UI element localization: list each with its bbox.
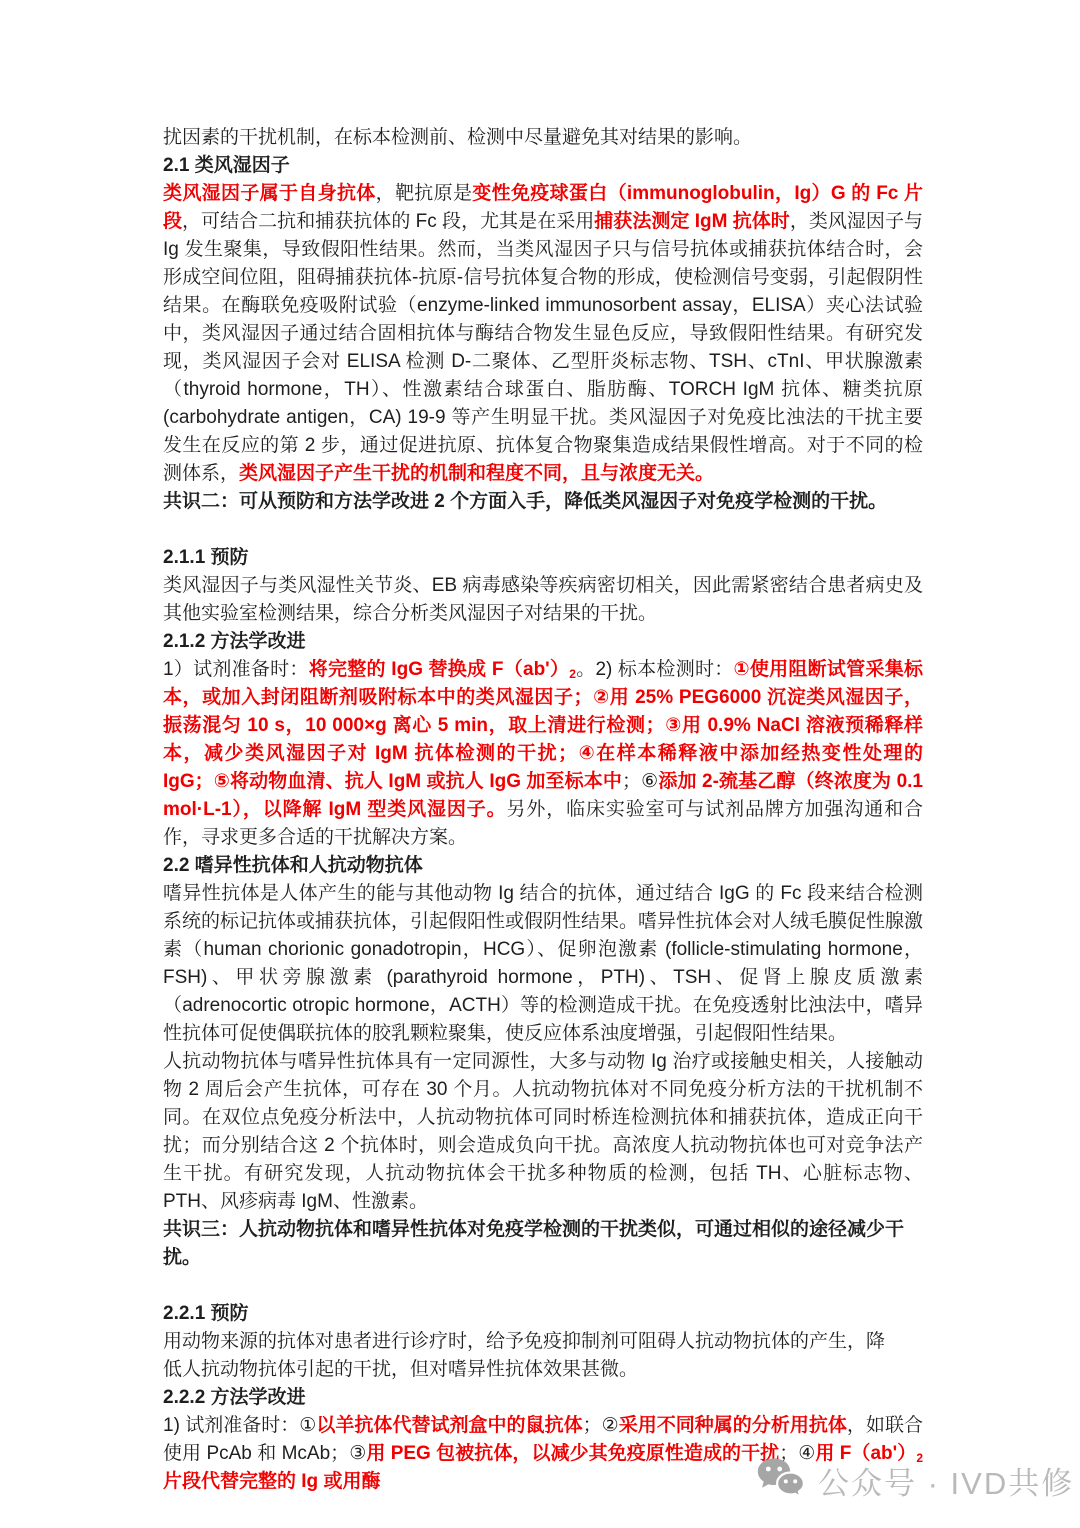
text-run: ，靶抗原是 — [376, 183, 473, 204]
text-run: 低人抗动物抗体引起的干扰，但对嗜异性抗体效果甚微。 — [163, 1359, 638, 1380]
consensus-statement-3: 共识三：人抗动物抗体和嗜异性抗体对免疫学检测的干扰类似，可通过相似的途径减少干扰… — [163, 1216, 923, 1272]
text-run: 2.2 嗜异性抗体和人抗动物抗体 — [163, 855, 423, 876]
document-page: 扰因素的干扰机制，在标本检测前、检测中尽量避免其对结果的影响。2.1 类风湿因子… — [0, 0, 1080, 1528]
watermark: 公众号 · IVD共修 — [756, 1454, 1074, 1506]
paragraph-gap — [163, 1272, 923, 1300]
text-run: 用 PEG 包被抗体，以减少其免疫原性造成的干扰 — [366, 1443, 779, 1464]
text-run: 。2) 标本检测时： — [576, 659, 734, 680]
text-run: 1）试剂准备时： — [163, 659, 309, 680]
text-run: 2.2.2 方法学改进 — [163, 1387, 306, 1408]
paragraph-human-anti-animal-antibody: 人抗动物抗体与嗜异性抗体具有一定同源性，大多与动物 Ig 治疗或接触史相关，人接… — [163, 1048, 923, 1216]
paragraph-gap — [163, 516, 923, 544]
text-run: 用动物来源的抗体对患者进行诊疗时，给予免疫抑制剂可阻碍人抗动物抗体的产生，降 — [163, 1331, 885, 1352]
text-run: 类风湿因子产生干扰的机制和程度不同，且与浓度无关。 — [239, 463, 714, 484]
section-heading-2-2-2: 2.2.2 方法学改进 — [163, 1384, 923, 1412]
text-run: 共识三：人抗动物抗体和嗜异性抗体对免疫学检测的干扰类似，可通过相似的途径减少干扰… — [163, 1219, 904, 1268]
section-heading-2-2-1: 2.2.1 预防 — [163, 1300, 923, 1328]
paragraph-methodology-rf: 1）试剂准备时：将完整的 IgG 替换成 F（ab'）2。2) 标本检测时：①使… — [163, 656, 923, 852]
text-run: 共识二：可从预防和方法学改进 2 个方面入手，降低类风湿因子对免疫学检测的干扰。 — [163, 491, 887, 512]
text-run: 2.2.1 预防 — [163, 1303, 249, 1324]
text-run: ，可结合二抗和捕获抗体的 Fc 段，尤其是在采用 — [182, 211, 594, 232]
section-heading-2-1-1: 2.1.1 预防 — [163, 544, 923, 572]
text-run: 以羊抗体代替试剂盒中的鼠抗体 — [316, 1415, 582, 1436]
text-run: 将完整的 IgG 替换成 F（ab'） — [309, 659, 570, 680]
text-run: 采用不同种属的分析用抗体 — [619, 1415, 847, 1436]
paragraph-heterophilic-antibody: 嗜异性抗体是人体产生的能与其他动物 Ig 结合的抗体，通过结合 IgG 的 Fc… — [163, 880, 923, 1048]
text-run: 捕获法测定 IgM 抗体时 — [594, 211, 790, 232]
section-heading-2-1-2: 2.1.2 方法学改进 — [163, 628, 923, 656]
text-run: 类风湿因子与类风湿性关节炎、EB 病毒感染等疾病密切相关，因此需紧密结合患者病史… — [163, 575, 923, 624]
paragraph-rheumatoid-factor: 类风湿因子属于自身抗体，靶抗原是变性免疫球蛋白（immunoglobulin，I… — [163, 180, 923, 488]
text-run: 2.1.2 方法学改进 — [163, 631, 306, 652]
wechat-icon — [756, 1457, 806, 1503]
text-run: 类风湿因子属于自身抗体 — [163, 183, 376, 204]
section-heading-2-1: 2.1 类风湿因子 — [163, 152, 923, 180]
section-heading-2-2: 2.2 嗜异性抗体和人抗动物抗体 — [163, 852, 923, 880]
text-run: 2.1.1 预防 — [163, 547, 249, 568]
paragraph-prevention-haaa-line2: 低人抗动物抗体引起的干扰，但对嗜异性抗体效果甚微。 — [163, 1356, 923, 1384]
text-run: 1) 试剂准备时：① — [163, 1415, 316, 1436]
text-run: 2.1 类风湿因子 — [163, 155, 290, 176]
text-run: 2 — [569, 667, 576, 681]
text-run: ；② — [583, 1415, 619, 1436]
document-body: 扰因素的干扰机制，在标本检测前、检测中尽量避免其对结果的影响。2.1 类风湿因子… — [163, 124, 923, 1496]
text-run: 片段代替完整的 Ig 或用酶 — [163, 1471, 380, 1492]
paragraph-continuation: 扰因素的干扰机制，在标本检测前、检测中尽量避免其对结果的影响。 — [163, 124, 923, 152]
text-run: 扰因素的干扰机制，在标本检测前、检测中尽量避免其对结果的影响。 — [163, 127, 752, 148]
paragraph-prevention-rf: 类风湿因子与类风湿性关节炎、EB 病毒感染等疾病密切相关，因此需紧密结合患者病史… — [163, 572, 923, 628]
text-run: 人抗动物抗体与嗜异性抗体具有一定同源性，大多与动物 Ig 治疗或接触史相关，人接… — [163, 1051, 923, 1212]
text-run: ；⑥ — [622, 771, 658, 792]
text-run: 嗜异性抗体是人体产生的能与其他动物 Ig 结合的抗体，通过结合 IgG 的 Fc… — [163, 883, 923, 1044]
consensus-statement-2: 共识二：可从预防和方法学改进 2 个方面入手，降低类风湿因子对免疫学检测的干扰。 — [163, 488, 923, 516]
text-run: ，类风湿因子与 Ig 发生聚集，导致假阳性结果。然而，当类风湿因子只与信号抗体或… — [163, 211, 923, 484]
watermark-label: 公众号 · IVD共修 — [818, 1458, 1074, 1503]
paragraph-prevention-haaa-line1: 用动物来源的抗体对患者进行诊疗时，给予免疫抑制剂可阻碍人抗动物抗体的产生，降 — [163, 1328, 923, 1356]
